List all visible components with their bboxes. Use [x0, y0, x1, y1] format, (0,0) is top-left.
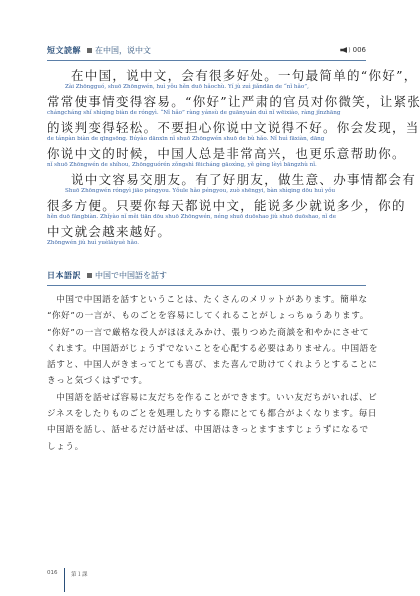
hanzi-line: 常常使事情变得容易。“你好”让严肃的官员对你微笑，让紧张 — [47, 95, 367, 109]
translation-section-header: 日本語訳 中国で中国語を話す — [47, 265, 366, 286]
japanese-translation: 中国で中国語を話すということは、たくさんのメリットがあります。簡単な “你好”の… — [47, 292, 367, 455]
japanese-line: 中国語を話せば容易に友だちを作ることができます。いい友だちがいれば、ビ — [47, 390, 367, 406]
japanese-line: しょう。 — [47, 439, 367, 455]
japanese-line: “你好”の一言が、ものごとを容易にしてくれることがしょっちゅうあります。 — [47, 308, 367, 324]
reading-section-label: 短文読解 — [47, 45, 81, 56]
reading-section-title: 在中国，说中文 — [95, 45, 151, 56]
hanzi-line: 很多方便。只要你每天都说中文，能说多少就说多少，你的 — [47, 199, 367, 213]
pinyin-line: Zài Zhōngguó, shuō Zhōngwén, huì yǒu hěn… — [47, 83, 367, 92]
pinyin-line: chángcháng shǐ shìqing biàn de róngyì. “… — [47, 109, 367, 118]
square-bullet-icon — [87, 48, 92, 53]
pinyin-line: Shuō Zhōngwén róngyì jiāo péngyou. Yǒule… — [47, 187, 367, 196]
hanzi-line: 中文就会越来越好。 — [47, 225, 367, 239]
translation-section-title: 中国で中国語を話す — [95, 270, 167, 281]
hanzi-line: 在中国，说中文，会有很多好处。一句最简单的“你好”， — [47, 69, 367, 83]
pinyin-line: de tánpàn biàn de qīngsōng. Búyào dānxīn… — [47, 135, 367, 144]
pinyin-line: nǐ shuō Zhōngwén de shíhou, Zhōngguórén … — [47, 161, 367, 170]
japanese-line: 話すと、中国人がきまってとても喜び、また喜んで助けてくれようとすることに — [47, 357, 367, 373]
page-number: 016 — [47, 570, 58, 576]
square-bullet-icon — [87, 273, 92, 278]
hanzi-line: 你说中文的时候，中国人总是非常高兴，也更乐意帮助你。 — [47, 147, 367, 161]
chinese-paragraph: 在中国，说中文，会有很多好处。一句最简单的“你好”， Zài Zhōngguó,… — [47, 69, 367, 170]
japanese-line: ジネスをしたりものごとを処理したりする際にとても都合がよくなります。毎日 — [47, 406, 367, 422]
reading-section-header: 短文読解 在中国，说中文 ) 006 — [47, 40, 366, 61]
footer-divider — [64, 568, 66, 592]
chapter-label: 第１課 — [71, 570, 88, 578]
audio-track[interactable]: ) 006 — [340, 46, 366, 54]
japanese-line: “你好”の一言で厳格な役人がほほえみかけ、張りつめた商談を和やかにさせて — [47, 325, 367, 341]
chinese-passage: 在中国，说中文，会有很多好处。一句最简单的“你好”， Zài Zhōngguó,… — [47, 69, 367, 251]
pinyin-line: hěn duō fāngbiàn. Zhǐyào nǐ měi tiān dōu… — [47, 213, 367, 222]
audio-track-number: 006 — [353, 46, 366, 54]
sound-wave-icon: ) — [348, 47, 350, 54]
japanese-line: くれます。中国語がじょうずでないことを心配する必要はありません。中国語を — [47, 341, 367, 357]
japanese-line: 中国語を話し、話せるだけ話せば、中国語はきっとますますじょうずになるで — [47, 422, 367, 438]
pinyin-line: Zhōngwén jiù huì yuèláiyuè hǎo. — [47, 239, 367, 248]
chinese-paragraph: 说中文容易交朋友。有了好朋友，做生意、办事情都会有 Shuō Zhōngwén … — [47, 173, 367, 248]
hanzi-line: 说中文容易交朋友。有了好朋友，做生意、办事情都会有 — [47, 173, 367, 187]
hanzi-line: 的谈判变得轻松。不要担心你说中文说得不好。你会发现，当 — [47, 121, 367, 135]
japanese-line: きっと気づくはずです。 — [47, 373, 367, 389]
japanese-line: 中国で中国語を話すということは、たくさんのメリットがあります。簡単な — [47, 292, 367, 308]
translation-section-label: 日本語訳 — [47, 270, 81, 281]
speaker-icon — [340, 47, 347, 53]
page-footer: 016 第１課 — [47, 568, 88, 592]
